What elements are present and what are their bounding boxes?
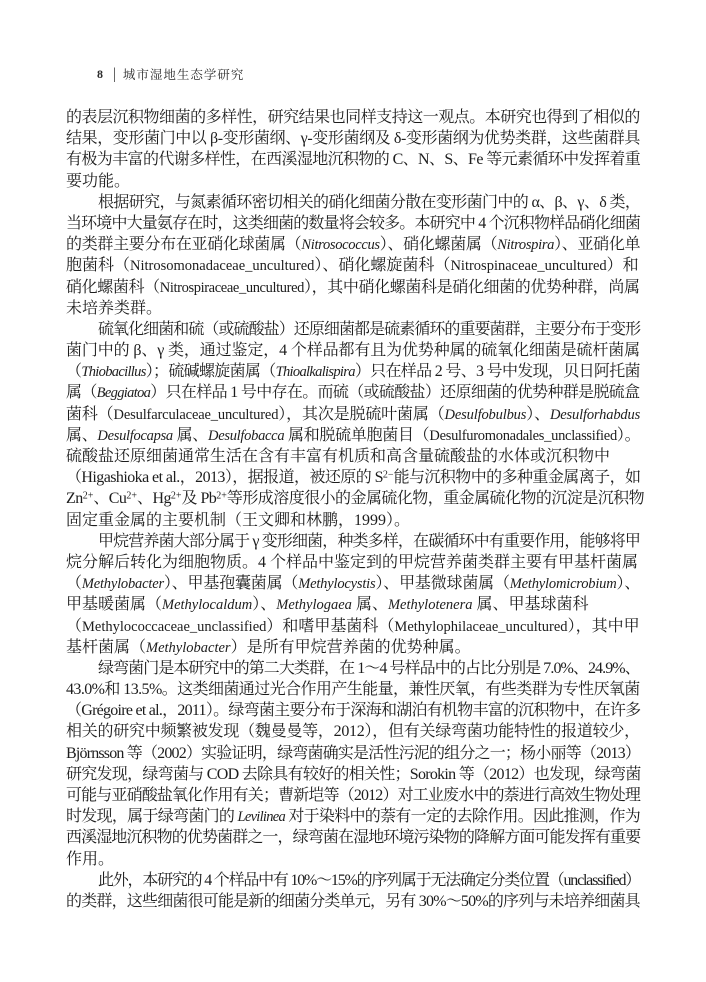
text-run: 硫氧化细菌和硫（或硫酸盐）还原细菌都是硫素循环的重要菌群，主要分布于变形 [98, 321, 640, 338]
text-run: ）只在样品 1 号中存在。而硫（或硫酸盐）还原细菌的优势种群是脱硫盒 [150, 384, 639, 401]
text-line: 属、Desulfocapsa 属、Desulfobacca 属和脱硫单胞菌目（D… [66, 425, 640, 446]
text-run: 及 Pb [182, 490, 217, 507]
taxon-name: Nitrospinaceae_uncultured [450, 258, 606, 274]
text-line: 研究发现，绿弯菌与 COD 去除具有较好的相关性；Sorokin 等（2012）… [66, 764, 640, 785]
text-run: ），其中甲 [568, 618, 640, 635]
text-run: ）、 [252, 596, 276, 613]
text-run: ）；硫碱螺旋菌属（ [146, 363, 276, 380]
text-run: 根据研究，与氮素循环密切相关的硝化细菌分散在变形菌门中的 α、β、γ、δ 类， [98, 194, 640, 211]
text-run: 的表层沉积物细菌的多样性，研究结果也同样支持这一观点。本研究也得到了相似的 [66, 109, 640, 126]
text-run: 有极为丰富的代谢多样性，在西溪湿地沉积物的 C、N、S、Fe 等元素循环中发挥着… [66, 151, 640, 168]
text-run: （ [66, 618, 82, 635]
taxon-name-italic: Methylobacter [146, 640, 231, 656]
text-run: 甲基暖菌属（ [66, 596, 162, 613]
paragraph: 此外，本研究的 4 个样品中有 10%～15%的序列属于无法确定分类位置（unc… [66, 870, 640, 912]
text-line: 的表层沉积物细菌的多样性，研究结果也同样支持这一观点。本研究也得到了相似的 [66, 107, 640, 128]
paragraph: 甲烷营养菌大部分属于 γ 变形细菌，种类多样，在碳循环中有重要作用，能够将甲烷分… [66, 531, 640, 658]
text-run: 可能与亚硝酸盐氧化作用有关；曹新垲等（2012）对工业废水中的萘进行高效生物处理 [66, 787, 640, 804]
text-line: 根据研究，与氮素循环密切相关的硝化细菌分散在变形菌门中的 α、β、γ、δ 类， [66, 192, 640, 213]
text-line: 的类群，这些细菌很可能是新的细菌分类单元，另有 30%～50%的序列与未培养细菌… [66, 891, 640, 912]
text-run: ）、硝化螺旋菌科（ [314, 257, 450, 274]
text-run: （ [66, 575, 82, 592]
text-line: 当环境中大量氨存在时，这类细菌的数量将会较多。本研究中 4 个沉积物样品硝化细菌 [66, 213, 640, 234]
taxon-name-italic: Desulfobacca [208, 428, 284, 444]
text-line: 的类群主要分布在亚硝化球菌属（Nitrosococcus）、硝化螺菌属（Nitr… [66, 234, 640, 255]
text-run: 当环境中大量氨存在时，这类细菌的数量将会较多。本研究中 4 个沉积物样品硝化细菌 [66, 215, 640, 232]
taxon-name-italic: Thioalkalispira [276, 364, 355, 380]
text-line: 此外，本研究的 4 个样品中有 10%～15%的序列属于无法确定分类位置（unc… [66, 870, 640, 891]
text-run: （Grégoire et al.，2011）。绿弯菌主要分布于深海和湖泊有机物丰… [66, 702, 640, 719]
taxon-name-italic: Desulforhabdus [550, 407, 640, 423]
text-run: ）。 [617, 427, 640, 444]
text-run: ）、 [526, 406, 550, 423]
taxon-name-italic: Beggiatoa [97, 385, 151, 401]
text-run: ）是所有甲烷营养菌的优势种属。 [231, 639, 471, 656]
paragraph: 硫氧化细菌和硫（或硫酸盐）还原细菌都是硫素循环的重要菌群，主要分布于变形菌门中的… [66, 319, 640, 531]
taxon-name: Desulfuromonadales_unclassified [429, 428, 617, 444]
taxon-name-italic: Methylogaea [276, 597, 352, 613]
text-run: 菌门中的 β、γ 类，通过鉴定，4 个样品都有且为优势种属的硫氧化细菌是硫杆菌属 [66, 342, 640, 359]
text-run: 能与沉积物中的多种重金属离子，如 [394, 469, 641, 486]
text-run: 、Hg [137, 490, 171, 507]
text-line: （Methylobacter）、甲基孢囊菌属（Methylocystis）、甲基… [66, 573, 640, 594]
text-run: 未培养类群。 [66, 300, 162, 317]
taxon-name-italic: Methylomicrobium [510, 576, 617, 592]
text-line: 胞菌科（Nitrosomonadaceae_uncultured）、硝化螺旋菌科… [66, 255, 640, 276]
taxon-name-italic: Methylocaldum [162, 597, 252, 613]
text-run: Zn [66, 490, 83, 507]
taxon-name-italic: Levilinea [237, 809, 285, 825]
page-body: 的表层沉积物细菌的多样性，研究结果也同样支持这一观点。本研究也得到了相似的结果，… [66, 107, 640, 912]
text-line: 43.0%和 13.5%。这类细菌通过光合作用产生能量，兼性厌氧，有些类群为专性… [66, 679, 640, 700]
text-line: 可能与亚硝酸盐氧化作用有关；曹新垲等（2012）对工业废水中的萘进行高效生物处理 [66, 785, 640, 806]
header-separator: | [113, 65, 116, 83]
taxon-name: Nitrospiraceae_uncultured [160, 280, 304, 296]
text-run: 属、 [66, 427, 97, 444]
text-line: 未培养类群。 [66, 298, 640, 319]
text-run: （ [66, 363, 81, 380]
superscript: 2+ [216, 491, 227, 502]
superscript: 2− [383, 470, 394, 481]
taxon-name: Methylococcaceae_unclassified [82, 619, 266, 635]
text-run: 研究发现，绿弯菌与 COD 去除具有较好的相关性；Sorokin 等（2012）… [66, 766, 641, 783]
text-run: 的类群主要分布在亚硝化球菌属（ [66, 236, 301, 253]
taxon-name-italic: Nitrosococcus [301, 237, 379, 253]
text-run: 基杆菌属（ [66, 639, 146, 656]
text-line: 固定重金属的主要机制（王文卿和林鹏，1999）。 [66, 510, 640, 531]
text-line: 烷分解后转化为细胞物质。4 个样品中鉴定到的甲烷营养菌类群主要有甲基杆菌属 [66, 552, 640, 573]
text-line: （Grégoire et al.，2011）。绿弯菌主要分布于深海和湖泊有机物丰… [66, 700, 640, 721]
text-line: 时发现，属于绿弯菌门的 Levilinea 对于染料中的萘有一定的去除作用。因此… [66, 806, 640, 827]
text-run: ），其次是脱硫叶菌属（ [278, 406, 444, 423]
text-line: 结果，变形菌门中以 β-变形菌纲、γ-变形菌纲及 δ-变形菌纲为优势类群，这些菌… [66, 128, 640, 149]
text-run: Björnsson 等（2002）实验证明，绿弯菌确实是活性污泥的组分之一；杨小… [66, 745, 640, 762]
taxon-name-italic: Methylotenera [388, 597, 473, 613]
taxon-name-italic: Thiobacillus [81, 364, 145, 380]
text-run: 甲烷营养菌大部分属于 γ 变形细菌，种类多样，在碳循环中有重要作用，能够将甲 [98, 533, 640, 550]
text-run: 固定重金属的主要机制（王文卿和林鹏，1999）。 [66, 512, 410, 529]
text-run: 43.0%和 13.5%。这类细菌通过光合作用产生能量，兼性厌氧，有些类群为专性… [66, 681, 640, 698]
text-line: 甲烷营养菌大部分属于 γ 变形细菌，种类多样，在碳循环中有重要作用，能够将甲 [66, 531, 640, 552]
paragraph: 绿弯菌门是本研究中的第二大类群，在 1～4 号样品中的占比分别是 7.0%、24… [66, 658, 640, 870]
page-number: 8 [97, 67, 103, 82]
text-line: 菌门中的 β、γ 类，通过鉴定，4 个样品都有且为优势种属的硫氧化细菌是硫杆菌属 [66, 340, 640, 361]
text-line: 有极为丰富的代谢多样性，在西溪湿地沉积物的 C、N、S、Fe 等元素循环中发挥着… [66, 149, 640, 170]
superscript: 2+ [171, 491, 182, 502]
text-run: 对于染料中的萘有一定的去除作用。因此推测，作为 [285, 808, 640, 825]
text-line: 甲基暖菌属（Methylocaldum）、Methylogaea 属、Methy… [66, 594, 640, 615]
superscript: 2+ [83, 491, 94, 502]
text-line: 属（Beggiatoa）只在样品 1 号中存在。而硫（或硫酸盐）还原细菌的优势种… [66, 382, 640, 403]
text-run: ）、 [617, 575, 641, 592]
book-title: 城市湿地生态学研究 [123, 65, 245, 83]
text-run: 要功能。 [66, 173, 130, 190]
text-run: 属、 [173, 427, 208, 444]
text-run: ）和嗜甲基菌科（ [266, 618, 394, 635]
text-line: 硝化螺菌科（Nitrospiraceae_uncultured），其中硝化螺菌科… [66, 277, 640, 298]
text-run: 的类群，这些细菌很可能是新的细菌分类单元，另有 30%～50%的序列与未培养细菌… [66, 893, 640, 910]
text-run: 相关的研究中频繁被发现（魏曼曼等，2012），但有关绿弯菌功能特性的报道较少， [66, 723, 640, 740]
book-page: 8 | 城市湿地生态学研究 的表层沉积物细菌的多样性，研究结果也同样支持这一观点… [0, 0, 706, 982]
text-run: 属、甲基球菌科 [473, 596, 589, 613]
text-line: （Higashioka et al.，2013），据报道，被还原的 S2−能与沉… [66, 467, 640, 488]
text-run: ）和 [607, 257, 639, 274]
text-run: 、Cu [93, 490, 126, 507]
text-run: 等形成溶度很小的金属硫化物，重金属硫化物的沉淀是沉积物 [227, 490, 644, 507]
running-header: 8 | 城市湿地生态学研究 [97, 65, 244, 83]
taxon-name-italic: Desulfocapsa [97, 428, 172, 444]
text-line: Zn2+、Cu2+、Hg2+及 Pb2+等形成溶度很小的金属硫化物，重金属硫化物… [66, 488, 640, 509]
text-run: 烷分解后转化为细胞物质。4 个样品中鉴定到的甲烷营养菌类群主要有甲基杆菌属 [66, 554, 638, 571]
text-line: 基杆菌属（Methylobacter）是所有甲烷营养菌的优势种属。 [66, 637, 640, 658]
text-line: 硫酸盐还原细菌通常生活在含有丰富有机质和高含量硫酸盐的水体或沉积物中 [66, 446, 640, 467]
text-run: 西溪湿地沉积物的优势菌群之一，绿弯菌在湿地环境污染物的降解方面可能发挥有重要 [66, 829, 640, 846]
text-line: 绿弯菌门是本研究中的第二大类群，在 1～4 号样品中的占比分别是 7.0%、24… [66, 658, 640, 679]
text-line: （Thiobacillus）；硫碱螺旋菌属（Thioalkalispira）只在… [66, 361, 640, 382]
text-run: ）只在样品 2 号、3 号中发现，贝日阿托菌 [355, 363, 640, 380]
text-run: 胞菌科（ [66, 257, 130, 274]
text-line: （Methylococcaceae_unclassified）和嗜甲基菌科（Me… [66, 616, 640, 637]
text-line: 作用。 [66, 849, 640, 870]
text-line: 西溪湿地沉积物的优势菌群之一，绿弯菌在湿地环境污染物的降解方面可能发挥有重要 [66, 827, 640, 848]
text-run: 作用。 [66, 851, 114, 868]
text-run: 时发现，属于绿弯菌门的 [66, 808, 237, 825]
text-run: ）、甲基微球菌属（ [375, 575, 509, 592]
text-line: 菌科（Desulfarculaceae_uncultured），其次是脱硫叶菌属… [66, 404, 640, 425]
taxon-name-italic: Methylocystis [298, 576, 375, 592]
text-run: 硝化螺菌科（ [66, 279, 160, 296]
text-run: ），其中硝化螺菌科是硝化细菌的优势种群，尚属 [304, 279, 640, 296]
taxon-name-italic: Desulfobulbus [445, 407, 527, 423]
text-line: 相关的研究中频繁被发现（魏曼曼等，2012），但有关绿弯菌功能特性的报道较少， [66, 721, 640, 742]
taxon-name: Methylophilaceae_uncultured [394, 619, 567, 635]
text-run: 绿弯菌门是本研究中的第二大类群，在 1～4 号样品中的占比分别是 7.0%、24… [98, 660, 640, 677]
taxon-name-italic: Methylobacter [82, 576, 164, 592]
paragraph: 的表层沉积物细菌的多样性，研究结果也同样支持这一观点。本研究也得到了相似的结果，… [66, 107, 640, 192]
paragraph: 根据研究，与氮素循环密切相关的硝化细菌分散在变形菌门中的 α、β、γ、δ 类，当… [66, 192, 640, 319]
superscript: 2+ [126, 491, 137, 502]
text-run: 结果，变形菌门中以 β-变形菌纲、γ-变形菌纲及 δ-变形菌纲为优势类群，这些菌… [66, 130, 640, 147]
text-run: ）、甲基孢囊菌属（ [164, 575, 298, 592]
text-run: 硫酸盐还原细菌通常生活在含有丰富有机质和高含量硫酸盐的水体或沉积物中 [66, 448, 610, 465]
taxon-name: Nitrosomonadaceae_uncultured [130, 258, 314, 274]
taxon-name-italic: Nitrospira [497, 237, 554, 253]
taxon-name: Desulfarculaceae_uncultured [114, 407, 279, 423]
text-line: 要功能。 [66, 171, 640, 192]
text-run: 此外，本研究的 4 个样品中有 10%～15%的序列属于无法确定分类位置（unc… [98, 872, 640, 889]
text-line: 硫氧化细菌和硫（或硫酸盐）还原细菌都是硫素循环的重要菌群，主要分布于变形 [66, 319, 640, 340]
text-line: Björnsson 等（2002）实验证明，绿弯菌确实是活性污泥的组分之一；杨小… [66, 743, 640, 764]
text-run: 属、 [352, 596, 388, 613]
text-run: 属（ [66, 384, 97, 401]
text-run: （Higashioka et al.，2013），据报道，被还原的 S [66, 469, 383, 486]
text-run: ）、亚硝化单 [554, 236, 640, 253]
text-run: 属和脱硫单胞菌目（ [284, 427, 429, 444]
text-run: ）、硝化螺菌属（ [380, 236, 498, 253]
text-run: 菌科（ [66, 406, 114, 423]
